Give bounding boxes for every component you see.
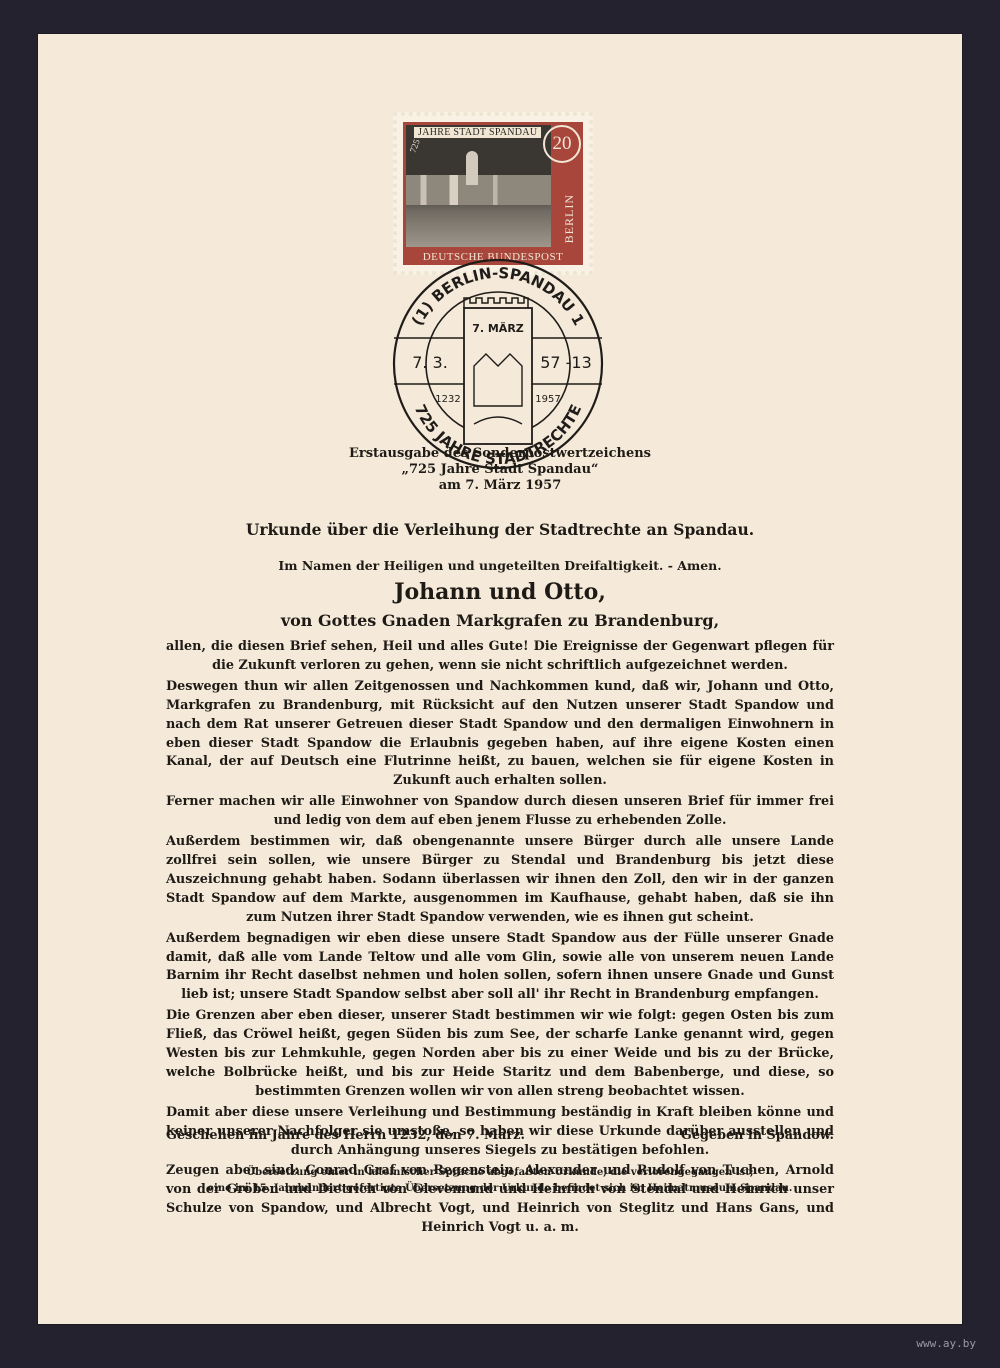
note-line: Übersetzung einer in lateinischer Sprach… <box>38 1165 962 1181</box>
stamp-picture-spandau-view: JAHRE STADT SPANDAU 725 <box>406 125 551 247</box>
charter-paragraph: allen, die diesen Brief sehen, Heil und … <box>166 638 834 676</box>
commemorative-sheet: JAHRE STADT SPANDAU 725 20 BERLIN DEUTSC… <box>38 34 962 1324</box>
charter-paragraph: Ferner machen wir alle Einwohner von Spa… <box>166 793 834 831</box>
stamp-banner-text: JAHRE STADT SPANDAU <box>414 127 541 138</box>
first-issue-line: „725 Jahre Stadt Spandau“ <box>38 462 962 478</box>
issued-place: Gegeben in Spandow. <box>681 1128 834 1143</box>
issuer-names: Johann und Otto, <box>38 579 962 605</box>
charter-paragraph: Die Grenzen aber eben dieser, unserer St… <box>166 1007 834 1102</box>
postage-stamp: JAHRE STADT SPANDAU 725 20 BERLIN DEUTSC… <box>393 112 593 275</box>
charter-paragraph: Außerdem bestimmen wir, daß obengenannte… <box>166 833 834 928</box>
postmark-date-right: 57 -13 <box>540 353 592 372</box>
stamp-city-skyline <box>406 175 551 205</box>
tower-battlement-icon <box>464 298 528 308</box>
watermark: www.ay.by <box>916 1337 976 1350</box>
postmark-year-left: 1232 <box>435 394 460 405</box>
first-issue-caption: Erstausgabe des Sonderpostwertzeichens „… <box>38 446 962 494</box>
postmark-year-right: 1957 <box>535 394 560 405</box>
first-issue-line: Erstausgabe des Sonderpostwertzeichens <box>38 446 962 462</box>
issued-date: Geschehen im Jahre des Herrn 1232, den 7… <box>166 1128 525 1143</box>
postmark-cancellation: (1) BERLIN-SPANDAU 1 725 JAHRE STADTRECH… <box>390 256 606 472</box>
stamp-tower-icon <box>466 151 478 185</box>
note-line: eine im 15. Jahrhundert gefertigte Übers… <box>38 1181 962 1197</box>
postmark-date-left: 7. 3. <box>412 353 448 372</box>
stamp-country: BERLIN <box>562 194 577 243</box>
translation-note: Übersetzung einer in lateinischer Sprach… <box>38 1165 962 1197</box>
stamp-frame: JAHRE STADT SPANDAU 725 20 BERLIN DEUTSC… <box>403 122 583 265</box>
postmark-center-date: 7. MÄRZ <box>472 321 524 335</box>
stamp-years: 725 <box>408 138 422 154</box>
stamp-value: 20 <box>543 125 581 163</box>
issuer-titles: von Gottes Gnaden Markgrafen zu Brandenb… <box>38 611 962 630</box>
invocation: Im Namen der Heiligen und ungeteilten Dr… <box>38 558 962 573</box>
charter-paragraph: Außerdem begnadigen wir eben diese unser… <box>166 930 834 1006</box>
charter-text: allen, die diesen Brief sehen, Heil und … <box>166 638 834 1240</box>
first-issue-line: am 7. März 1957 <box>38 478 962 494</box>
charter-footer: Geschehen im Jahre des Herrn 1232, den 7… <box>166 1128 834 1143</box>
charter-paragraph: Deswegen thun wir allen Zeitgenossen und… <box>166 678 834 791</box>
document-title: Urkunde über die Verleihung der Stadtrec… <box>38 520 962 539</box>
